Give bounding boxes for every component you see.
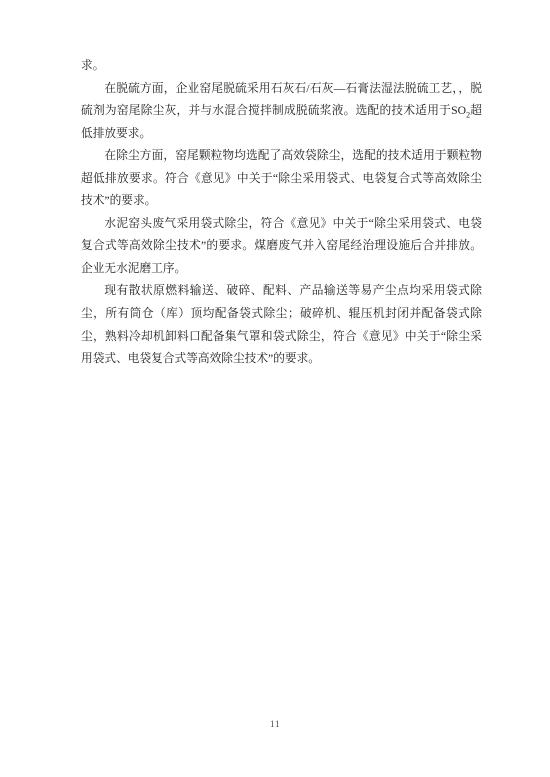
page-number: 11: [0, 720, 550, 730]
paragraph-dust-removal: 在除尘方面，窑尾颗粒物均选配了高效袋除尘，选配的技术适用于颗粒物超低排放要求。符…: [81, 145, 482, 213]
paragraph-kiln-head: 水泥窑头废气采用袋式除尘，符合《意见》中关于“除尘采用袋式、电袋复合式等高效除尘…: [81, 213, 482, 281]
paragraph-text: 在脱硫方面，企业窑尾脱硫采用石灰石/石灰—石膏法湿法脱硫工艺，，脱硫剂为窑尾除尘…: [81, 82, 482, 118]
paragraph-continuation: 求。: [81, 55, 482, 78]
paragraph-material-transport: 现有散状原燃料输送、破碎、配料、产品输送等易产尘点均采用袋式除尘，所有筒仓（库）…: [81, 280, 482, 370]
document-page: 求。 在脱硫方面，企业窑尾脱硫采用石灰石/石灰—石膏法湿法脱硫工艺，，脱硫剂为窑…: [0, 0, 550, 777]
paragraph-desulfurization: 在脱硫方面，企业窑尾脱硫采用石灰石/石灰—石膏法湿法脱硫工艺，，脱硫剂为窑尾除尘…: [81, 78, 482, 146]
document-body: 求。 在脱硫方面，企业窑尾脱硫采用石灰石/石灰—石膏法湿法脱硫工艺，，脱硫剂为窑…: [81, 55, 482, 371]
